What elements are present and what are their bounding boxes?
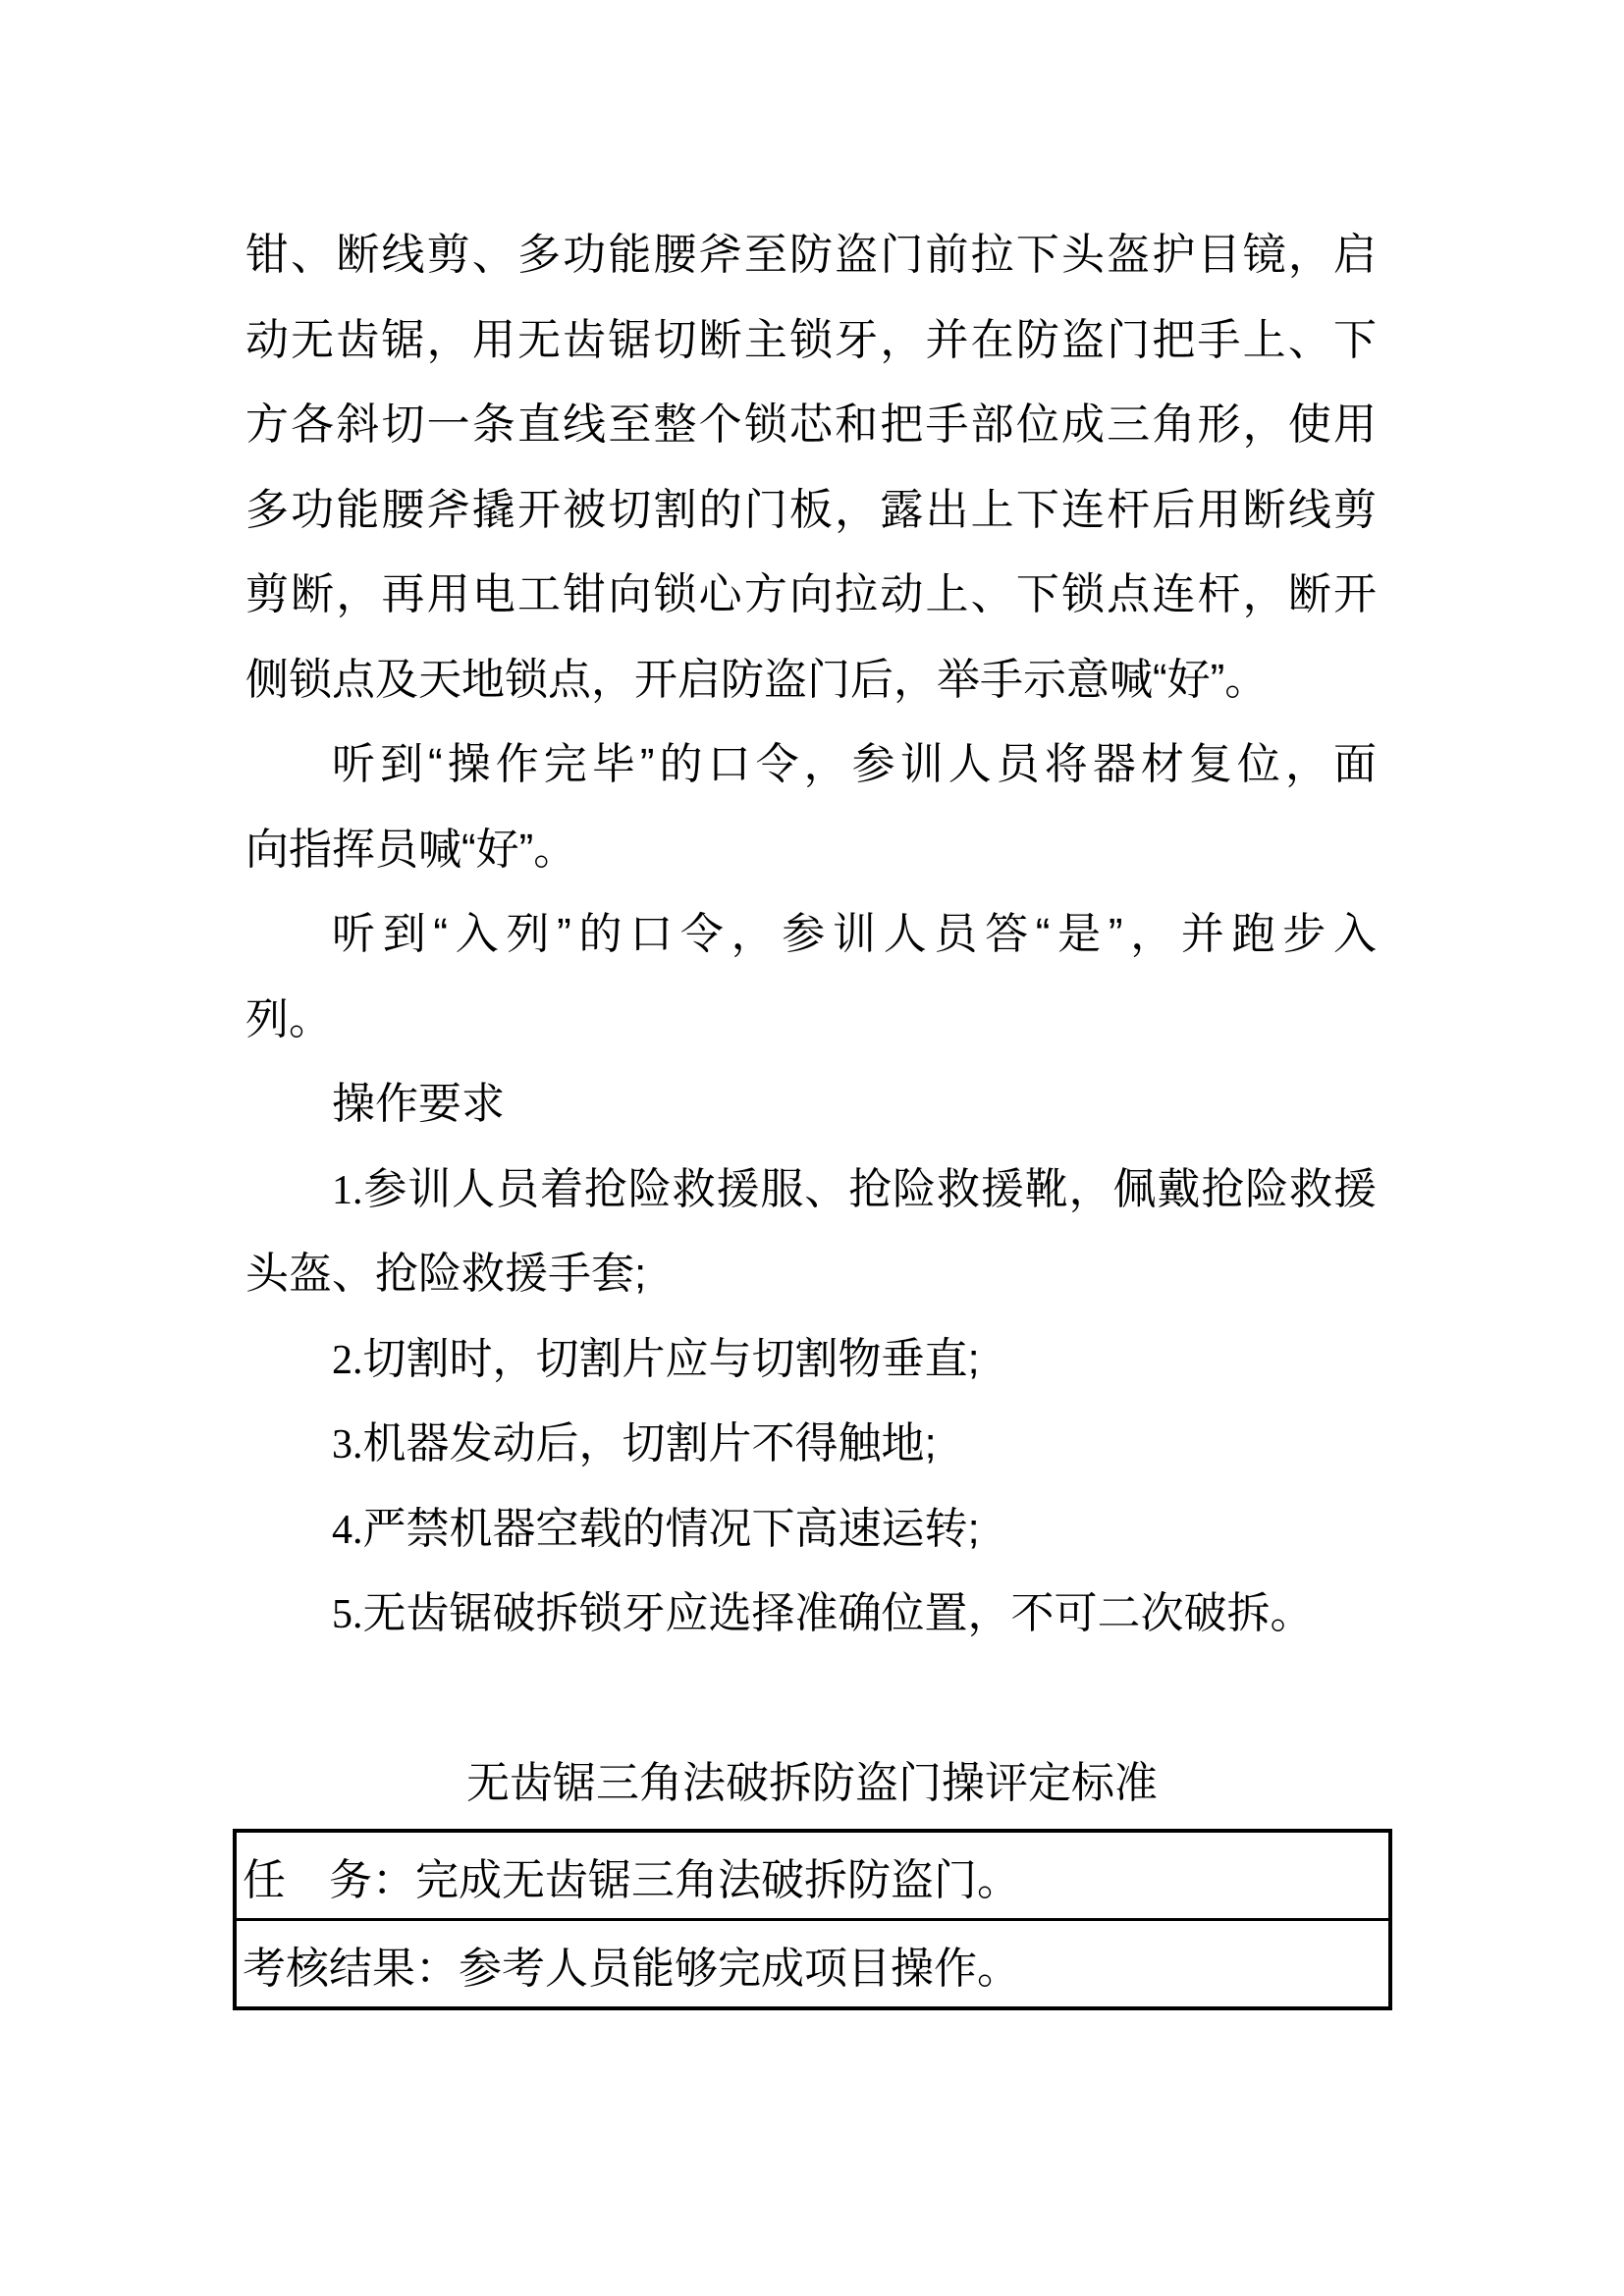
paragraph-line: 剪断，再用电工钳向锁心方向拉动上、下锁点连杆，断开 xyxy=(245,553,1377,638)
paragraph-line: 多功能腰斧撬开被切割的门板，露出上下连杆后用断线剪 xyxy=(245,468,1377,554)
paragraph-line: 侧锁点及天地锁点，开启防盗门后，举手示意喊“好”。 xyxy=(245,638,1377,723)
list-item-line: 2.切割时，切割片应与切割物垂直; xyxy=(245,1317,1377,1403)
line-text: 听到“入列”的口令，参训人员答“是”，并跑步入 xyxy=(332,910,1377,958)
paragraph-line: 方各斜切一条直线至整个锁芯和把手部位成三角形，使用 xyxy=(245,383,1377,468)
list-number: 1. xyxy=(332,1168,363,1213)
paragraph-line: 听到“操作完毕”的口令，参训人员将器材复位，面 xyxy=(245,722,1377,808)
table-row-task: 任 务：完成无齿锯三角法破拆防盗门。 xyxy=(237,1833,1388,1921)
paragraph-line: 钳、断线剪、多功能腰斧至防盗门前拉下头盔护目镜，启 xyxy=(245,213,1377,298)
line-text: 多功能腰斧撬开被切割的门板，露出上下连杆后用断线剪 xyxy=(245,486,1377,534)
table-cell-result: 考核结果：参考人员能够完成项目操作。 xyxy=(243,1933,1020,1996)
table-row-result: 考核结果：参考人员能够完成项目操作。 xyxy=(237,1921,1388,2006)
line-text: 列。 xyxy=(245,995,332,1043)
paragraph-line: 动无齿锯，用无齿锯切断主锁牙，并在防盗门把手上、下 xyxy=(245,298,1377,384)
paragraph-line: 向指挥员喊“好”。 xyxy=(245,808,1377,893)
line-text: 剪断，再用电工钳向锁心方向拉动上、下锁点连杆，断开 xyxy=(245,570,1377,618)
line-text: 钳、断线剪、多功能腰斧至防盗门前拉下头盔护目镜，启 xyxy=(245,231,1377,279)
line-text: 无齿锯破拆锁牙应选择准确位置，不可二次破拆。 xyxy=(363,1589,1314,1637)
evaluation-table: 任 务：完成无齿锯三角法破拆防盗门。 考核结果：参考人员能够完成项目操作。 xyxy=(233,1829,1392,2010)
line-text: 机器发动后，切割片不得触地; xyxy=(363,1419,937,1468)
list-item-line: 头盔、抢险救援手套; xyxy=(245,1232,1377,1317)
line-text: 头盔、抢险救援手套; xyxy=(245,1250,646,1298)
evaluation-standard-title: 无齿锯三角法破拆防盗门操评定标准 xyxy=(0,1741,1624,1826)
line-text: 动无齿锯，用无齿锯切断主锁牙，并在防盗门把手上、下 xyxy=(245,316,1377,364)
list-number: 5. xyxy=(332,1592,363,1637)
line-text: 操作要求 xyxy=(332,1080,505,1128)
list-item-line: 3.机器发动后，切割片不得触地; xyxy=(245,1402,1377,1487)
list-item-line: 4.严禁机器空载的情况下高速运转; xyxy=(245,1487,1377,1573)
document-page: 钳、断线剪、多功能腰斧至防盗门前拉下头盔护目镜，启 动无齿锯，用无齿锯切断主锁牙… xyxy=(0,0,1624,2296)
line-text: 听到“操作完毕”的口令，参训人员将器材复位，面 xyxy=(332,740,1377,788)
list-number: 3. xyxy=(332,1422,363,1468)
line-text: 严禁机器空载的情况下高速运转; xyxy=(363,1505,980,1553)
line-text: 方各斜切一条直线至整个锁芯和把手部位成三角形，使用 xyxy=(245,400,1377,449)
body-text: 钳、断线剪、多功能腰斧至防盗门前拉下头盔护目镜，启 动无齿锯，用无齿锯切断主锁牙… xyxy=(245,213,1377,1657)
line-text: 侧锁点及天地锁点，开启防盗门后，举手示意喊“好”。 xyxy=(245,656,1268,704)
section-heading: 操作要求 xyxy=(245,1062,1377,1148)
line-text: 切割时，切割片应与切割物垂直; xyxy=(363,1335,980,1383)
paragraph-line: 列。 xyxy=(245,978,1377,1063)
list-number: 4. xyxy=(332,1508,363,1553)
list-item-line: 5.无齿锯破拆锁牙应选择准确位置，不可二次破拆。 xyxy=(245,1572,1377,1657)
line-text: 参训人员着抢险救援服、抢险救援靴，佩戴抢险救援 xyxy=(363,1165,1378,1213)
line-text: 向指挥员喊“好”。 xyxy=(245,826,576,874)
paragraph-line: 听到“入列”的口令，参训人员答“是”，并跑步入 xyxy=(245,892,1377,978)
table-cell-task: 任 务：完成无齿锯三角法破拆防盗门。 xyxy=(243,1844,1020,1907)
list-number: 2. xyxy=(332,1338,363,1383)
list-item-line: 1.参训人员着抢险救援服、抢险救援靴，佩戴抢险救援 xyxy=(245,1148,1377,1233)
